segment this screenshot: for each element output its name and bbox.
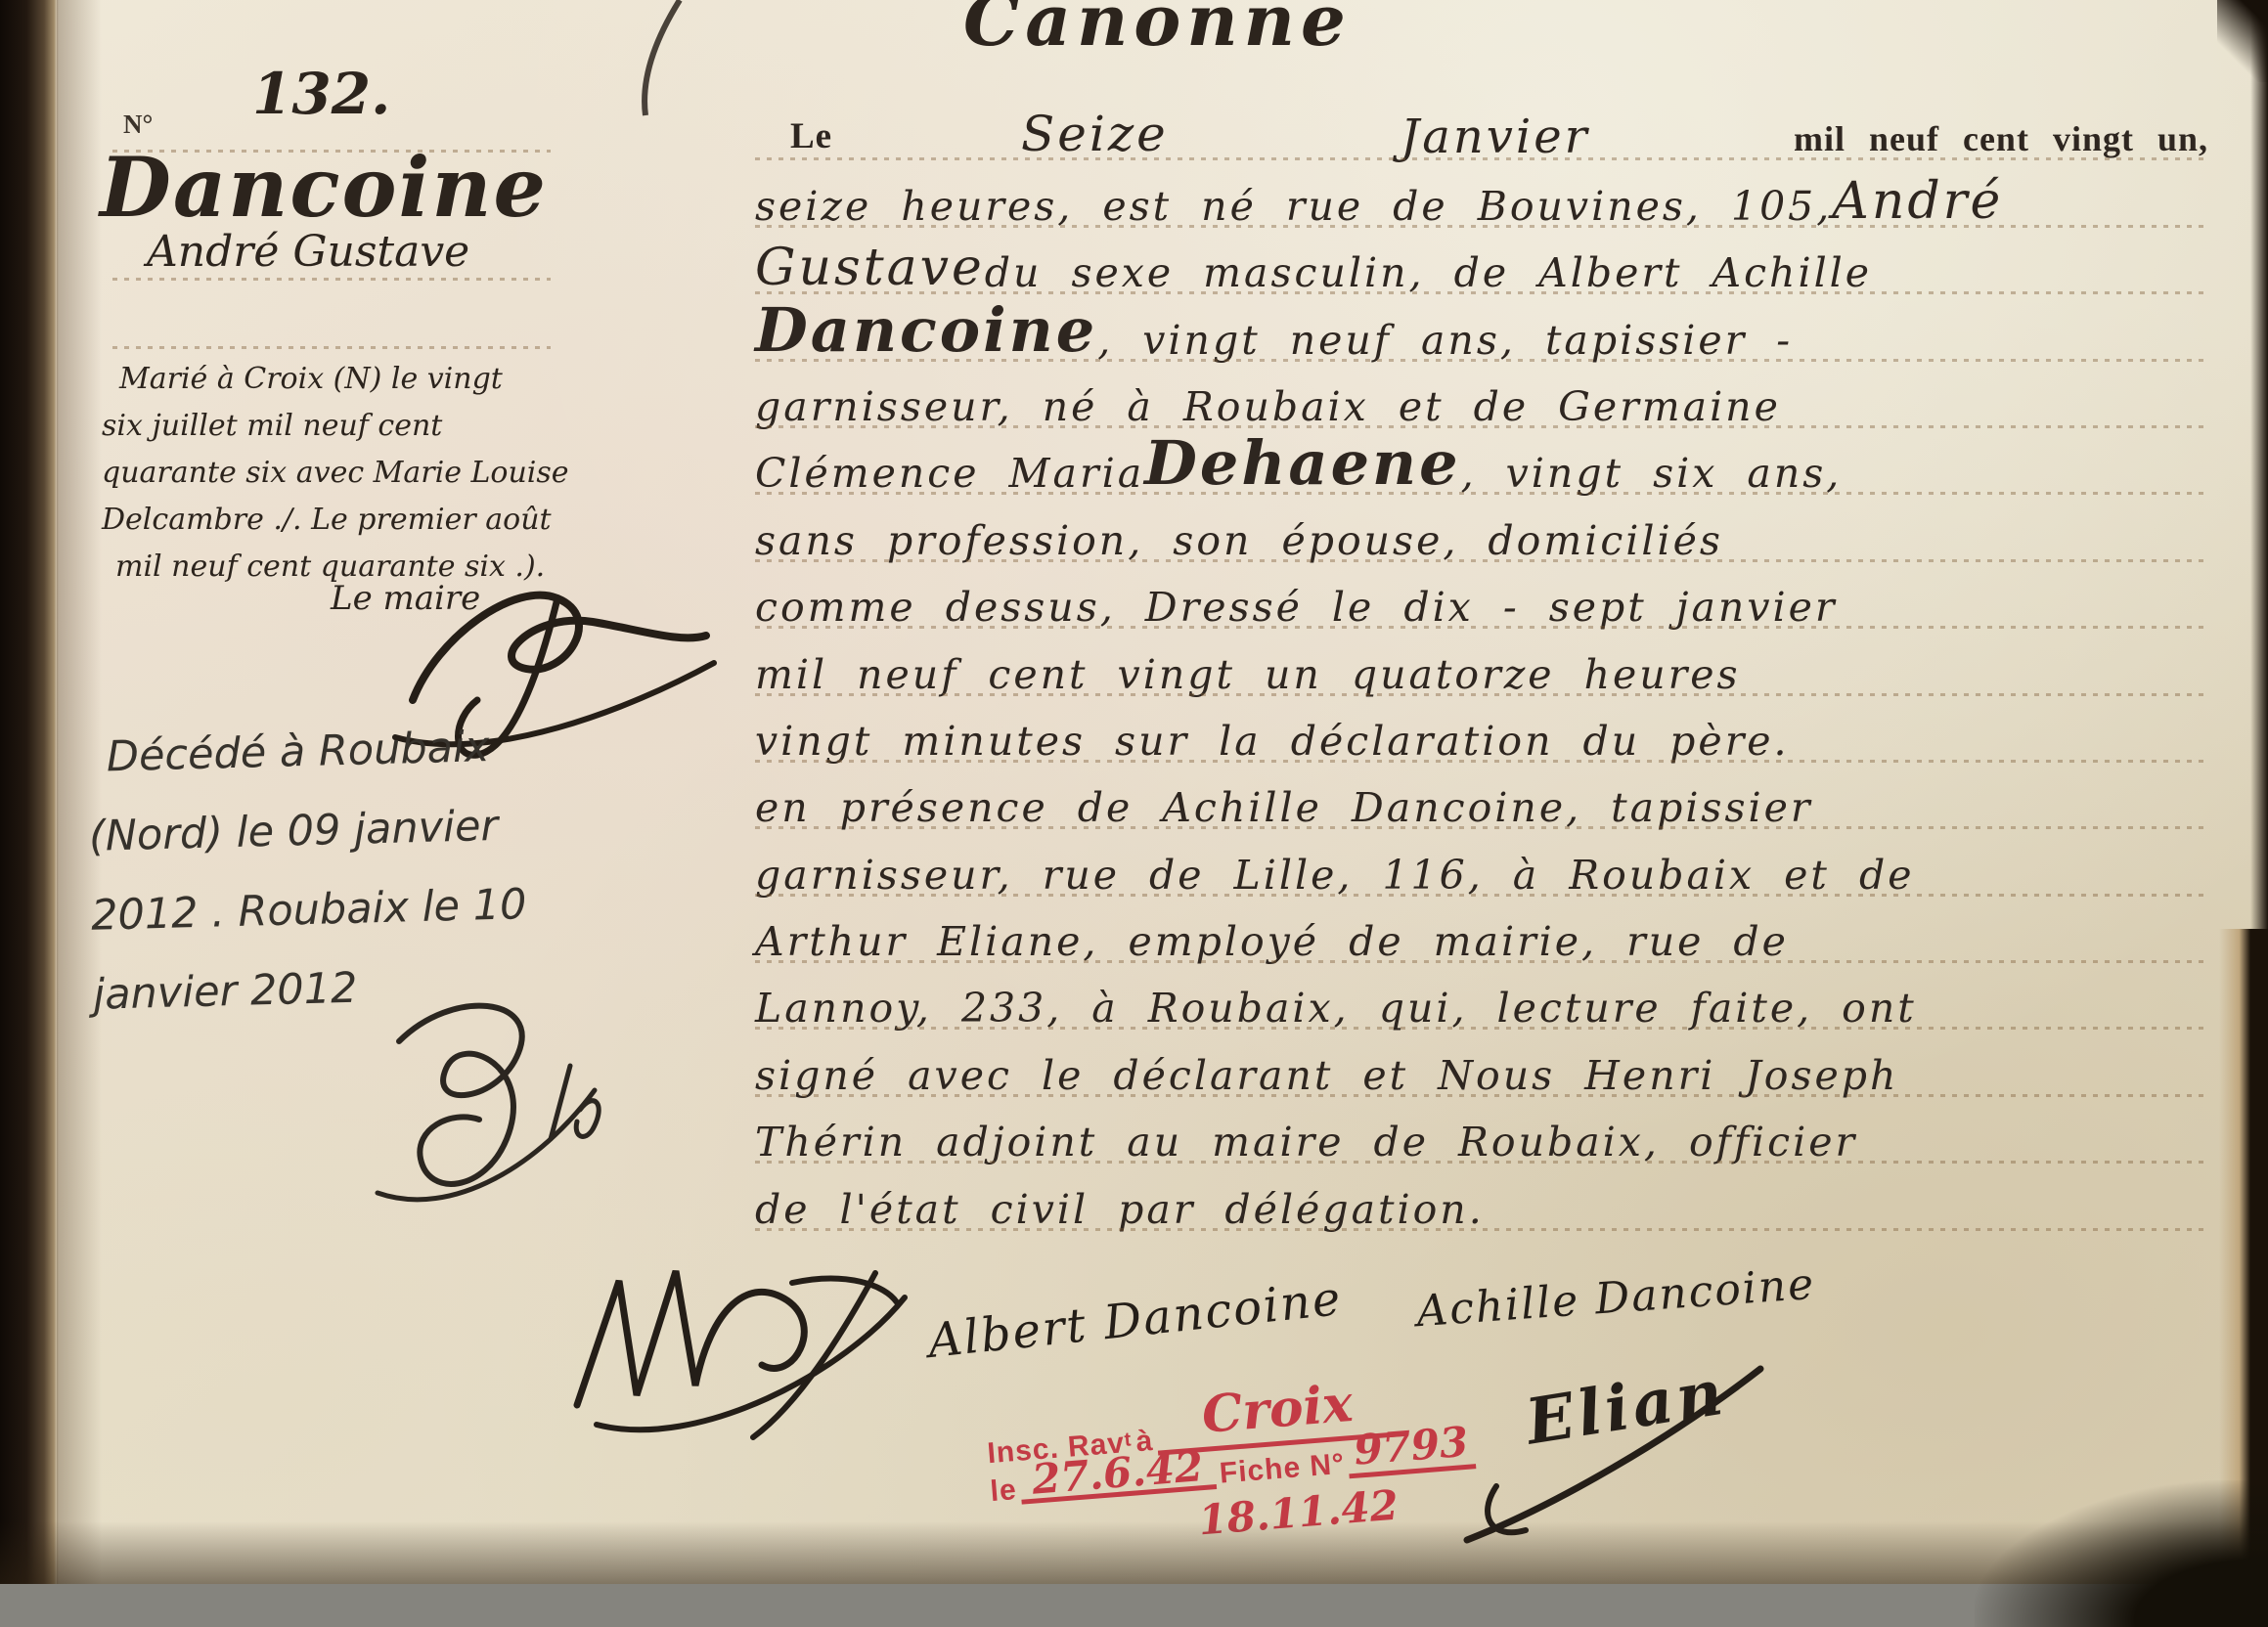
page-corner-top-right <box>2217 0 2268 82</box>
page-bottom-shadow <box>0 1521 2268 1584</box>
death-note-line: (Nord) le 09 janvier <box>88 784 599 877</box>
death-note-line: Décédé à Roubaix <box>86 705 597 798</box>
body-line: Lannoy, 233, à Roubaix, qui, lecture fai… <box>755 965 2214 1032</box>
death-note-line: 2012 . Roubaix le 10 <box>90 863 600 956</box>
printed-le: Le <box>790 118 832 154</box>
book-spine-edge <box>0 0 59 1627</box>
margin-rule <box>112 278 551 281</box>
handwritten-month: Janvier <box>1401 113 1590 160</box>
body-line: seize heures, est né rue de Bouvines, 10… <box>755 162 2214 229</box>
stamp-fiche-number: 9793 <box>1353 1418 1470 1474</box>
spine-shadow <box>57 0 102 1627</box>
margin-given-names: André Gustave <box>147 227 469 277</box>
act-body: Le Seize Janvier mil neuf cent vingt un,… <box>755 96 2214 1233</box>
record-number-label: N° <box>123 110 153 140</box>
page-corner-bottom-right <box>1975 1480 2268 1627</box>
page-edge-right <box>2250 0 2268 958</box>
body-line: Thérin adjoint au maire de Roubaix, offi… <box>755 1099 2214 1165</box>
body-lines: seize heures, est né rue de Bouvines, 10… <box>755 162 2214 1232</box>
body-line: Dancoine, vingt neuf ans, tapissier - <box>755 296 2214 363</box>
body-line: en présence de Achille Dancoine, tapissi… <box>755 765 2214 831</box>
body-line: Arthur Eliane, employé de mairie, rue de <box>755 899 2214 965</box>
body-line-date: Le Seize Janvier mil neuf cent vingt un, <box>755 96 2214 162</box>
body-line: de l'état civil par délégation. <box>755 1165 2214 1232</box>
previous-record-fragment: Canonne <box>963 0 1352 62</box>
maire-label: Le maire <box>331 579 480 618</box>
marriage-note-line: quarante six avec Marie Louise <box>102 450 571 497</box>
body-line: mil neuf cent vingt un quatorze heures <box>755 631 2214 697</box>
record-number: 132. <box>252 61 390 127</box>
body-line: garnisseur, rue de Lille, 116, à Roubaix… <box>755 831 2214 898</box>
register-page: Canonne N° 132. Dancoine André Gustave M… <box>0 0 2268 1627</box>
marriage-note-line: Marié à Croix (N) le vingt <box>102 356 571 403</box>
body-line: Gustave du sexe masculin, de Albert Achi… <box>755 230 2214 296</box>
body-line: vingt minutes sur la déclaration du père… <box>755 698 2214 765</box>
death-note-line: janvier 2012 <box>92 943 602 1035</box>
declarant-signature: Albert Dancoine <box>925 1271 1345 1369</box>
margin-surname: Dancoine <box>100 139 548 236</box>
body-line: sans profession, son épouse, domiciliés <box>755 497 2214 563</box>
body-line: garnisseur, né à Roubaix et de Germaine <box>755 364 2214 430</box>
body-line: Clémence Maria Dehaene, vingt six ans, <box>755 430 2214 497</box>
body-line: comme dessus, Dressé le dix - sept janvi… <box>755 564 2214 631</box>
margin-marriage-note: Marié à Croix (N) le vingt six juillet m… <box>102 356 571 591</box>
stamp-place-value: Croix <box>1200 1374 1356 1445</box>
therin-signature <box>553 1244 924 1449</box>
margin-death-note: Décédé à Roubaix (Nord) le 09 janvier 20… <box>86 705 602 1035</box>
printed-year: mil neuf cent vingt un, <box>1794 121 2208 156</box>
marriage-note-line: six juillet mil neuf cent <box>102 403 571 450</box>
witness1-signature: Achille Dancoine <box>1415 1259 1817 1337</box>
table-surface-bottom <box>0 1584 2268 1627</box>
stamp-fiche-label: Fiche N° <box>1219 1448 1347 1490</box>
stamp-le-label: le <box>989 1473 1018 1508</box>
stray-pen-stroke <box>587 0 724 117</box>
body-line: signé avec le déclarant et Nous Henri Jo… <box>755 1032 2214 1098</box>
marriage-note-line: Delcambre ./. Le premier août <box>102 497 571 544</box>
handwritten-day: Seize <box>1021 110 1169 158</box>
margin-rule <box>112 346 551 349</box>
